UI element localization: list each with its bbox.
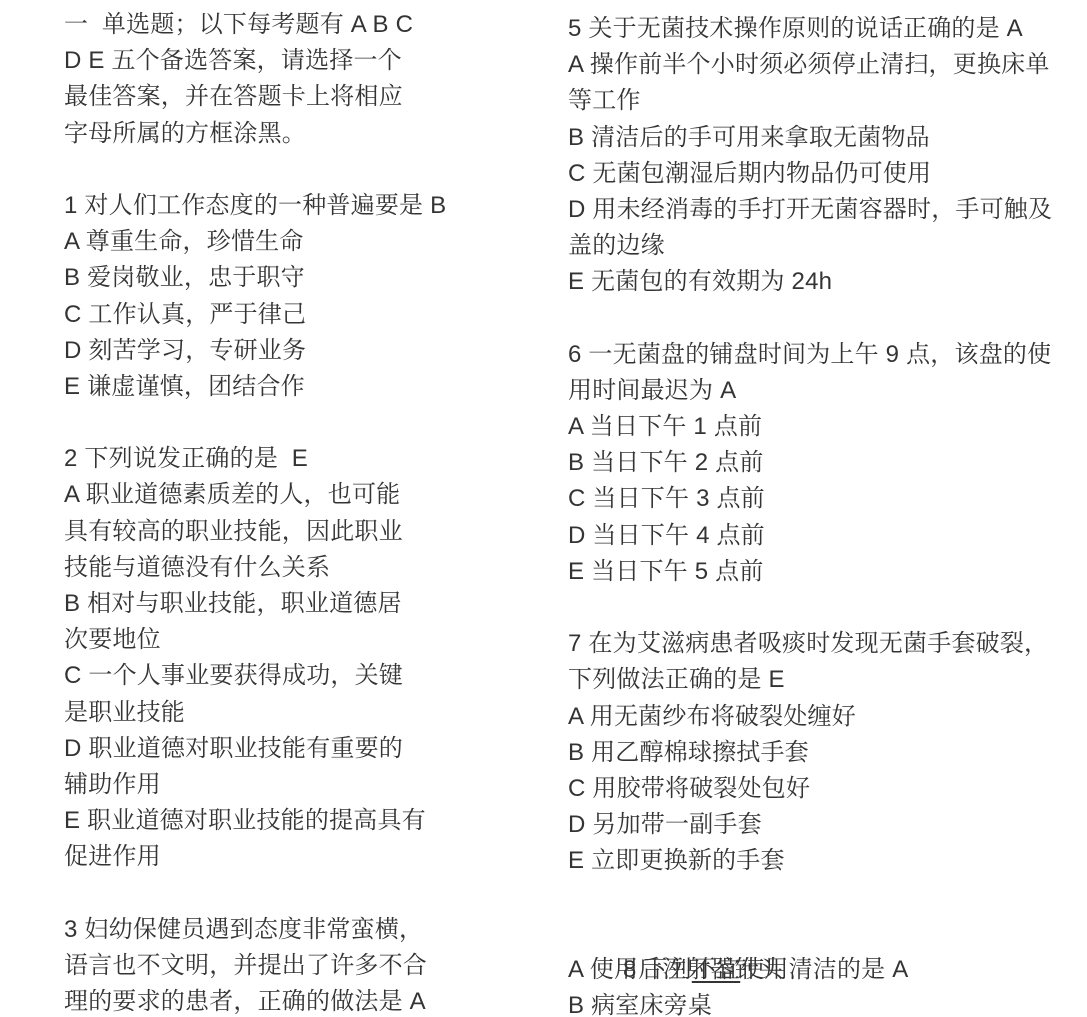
question-5-option-d-cont-1: 盖的边缘 bbox=[568, 228, 1087, 264]
left-column: 一 单选题；以下每考题有 A B C D E 五个备选答案，请选择一个 最佳答案… bbox=[64, 7, 534, 1017]
question-7-option-c: C 用胶带将破裂处包好 bbox=[568, 771, 1087, 807]
blank-line bbox=[64, 152, 534, 188]
question-5-option-e: E 无菌包的有效期为 24h bbox=[568, 264, 1087, 300]
right-column: 5 关于无菌技术操作原则的说话正确的是 A A 操作前半个小时须必须停止清扫，更… bbox=[568, 11, 1087, 1017]
question-8: 8 下列不宜使用清洁的是 A A 使用后注射器针头 B 病室床旁桌 bbox=[568, 916, 1087, 1017]
intro-paragraph: 一 单选题；以下每考题有 A B C D E 五个备选答案，请选择一个 最佳答案… bbox=[64, 7, 534, 152]
question-7: 7 在为艾滋病患者吸痰时发现无菌手套破裂， 下列做法正确的是 E A 用无菌纱布… bbox=[568, 626, 1087, 879]
question-5-option-a: A 操作前半个小时须必须停止清扫，更换床单 bbox=[568, 47, 1087, 83]
question-7-option-e: E 立即更换新的手套 bbox=[568, 843, 1087, 879]
question-1: 1 对人们工作态度的一种普遍要是 B A 尊重生命，珍惜生命 B 爱岗敬业，忠于… bbox=[64, 188, 534, 405]
intro-line-1: 一 单选题；以下每考题有 A B C bbox=[64, 7, 534, 43]
question-7-stem-cont-1: 下列做法正确的是 E bbox=[568, 662, 1087, 698]
question-5-option-a-cont-1: 等工作 bbox=[568, 83, 1087, 119]
question-1-option-d: D 刻苦学习，专研业务 bbox=[64, 333, 534, 369]
question-6-option-c: C 当日下午 3 点前 bbox=[568, 481, 1087, 517]
intro-line-4: 字母所属的方框涂黑。 bbox=[64, 116, 534, 152]
question-2-option-e: E 职业道德对职业技能的提高具有 bbox=[64, 803, 534, 839]
question-7-option-b: B 用乙醇棉球擦拭手套 bbox=[568, 735, 1087, 771]
blank-line bbox=[64, 876, 534, 912]
question-6-option-b: B 当日下午 2 点前 bbox=[568, 445, 1087, 481]
intro-line-2: D E 五个备选答案，请选择一个 bbox=[64, 43, 534, 79]
question-5: 5 关于无菌技术操作原则的说话正确的是 A A 操作前半个小时须必须停止清扫，更… bbox=[568, 11, 1087, 301]
question-2-option-b: B 相对与职业技能，职业道德居 bbox=[64, 586, 534, 622]
question-3-stem-cont-1: 语言也不文明，并提出了许多不合 bbox=[64, 948, 534, 984]
question-6-option-a: A 当日下午 1 点前 bbox=[568, 409, 1087, 445]
question-8-option-b: B 病室床旁桌 bbox=[568, 988, 1087, 1017]
question-1-option-c: C 工作认真，严于律己 bbox=[64, 297, 534, 333]
question-5-option-d: D 用未经消毒的手打开无菌容器时，手可触及 bbox=[568, 192, 1087, 228]
question-5-option-b: B 清洁后的手可用来拿取无菌物品 bbox=[568, 120, 1087, 156]
question-7-stem: 7 在为艾滋病患者吸痰时发现无菌手套破裂， bbox=[568, 626, 1087, 662]
question-6: 6 一无菌盘的铺盘时间为上午 9 点，该盘的使 用时间最迟为 A A 当日下午 … bbox=[568, 337, 1087, 590]
question-3-stem-cont-2: 理的要求的患者，正确的做法是 A bbox=[64, 984, 534, 1017]
question-5-stem: 5 关于无菌技术操作原则的说话正确的是 A bbox=[568, 11, 1087, 47]
blank-line bbox=[64, 405, 534, 441]
question-6-option-e: E 当日下午 5 点前 bbox=[568, 554, 1087, 590]
question-2: 2 下列说发正确的是 E A 职业道德素质差的人，也可能 具有较高的职业技能，因… bbox=[64, 441, 534, 875]
question-6-stem: 6 一无菌盘的铺盘时间为上午 9 点，该盘的使 bbox=[568, 337, 1087, 373]
question-7-option-d: D 另加带一副手套 bbox=[568, 807, 1087, 843]
question-6-option-d: D 当日下午 4 点前 bbox=[568, 518, 1087, 554]
question-3: 3 妇幼保健员遇到态度非常蛮横， 语言也不文明，并提出了许多不合 理的要求的患者… bbox=[64, 912, 534, 1017]
question-2-option-a-cont-1: 具有较高的职业技能，因此职业 bbox=[64, 514, 534, 550]
question-2-option-a-cont-2: 技能与道德没有什么关系 bbox=[64, 550, 534, 586]
question-2-option-c-cont-1: 是职业技能 bbox=[64, 695, 534, 731]
question-2-stem: 2 下列说发正确的是 E bbox=[64, 441, 534, 477]
question-6-stem-cont-1: 用时间最迟为 A bbox=[568, 373, 1087, 409]
question-2-option-e-cont-1: 促进作用 bbox=[64, 839, 534, 875]
question-7-option-a: A 用无菌纱布将破裂处缠好 bbox=[568, 699, 1087, 735]
question-2-option-c: C 一个人事业要获得成功，关键 bbox=[64, 658, 534, 694]
question-2-option-d-cont-1: 辅助作用 bbox=[64, 767, 534, 803]
question-2-option-d: D 职业道德对职业技能有重要的 bbox=[64, 731, 534, 767]
question-3-stem: 3 妇幼保健员遇到态度非常蛮横， bbox=[64, 912, 534, 948]
blank-line bbox=[568, 880, 1087, 916]
blank-line bbox=[568, 301, 1087, 337]
question-1-option-a: A 尊重生命，珍惜生命 bbox=[64, 224, 534, 260]
question-1-option-e: E 谦虚谨慎，团结合作 bbox=[64, 369, 534, 405]
question-1-stem: 1 对人们工作态度的一种普遍要是 B bbox=[64, 188, 534, 224]
question-1-option-b: B 爱岗敬业，忠于职守 bbox=[64, 260, 534, 296]
blank-line bbox=[568, 590, 1087, 626]
intro-line-3: 最佳答案，并在答题卡上将相应 bbox=[64, 79, 534, 115]
question-5-option-c: C 无菌包潮湿后期内物品仍可使用 bbox=[568, 156, 1087, 192]
question-8-stem: 8 下列不宜使用清洁的是 A bbox=[568, 916, 1087, 952]
question-2-option-a: A 职业道德素质差的人，也可能 bbox=[64, 477, 534, 513]
question-2-option-b-cont-1: 次要地位 bbox=[64, 622, 534, 658]
